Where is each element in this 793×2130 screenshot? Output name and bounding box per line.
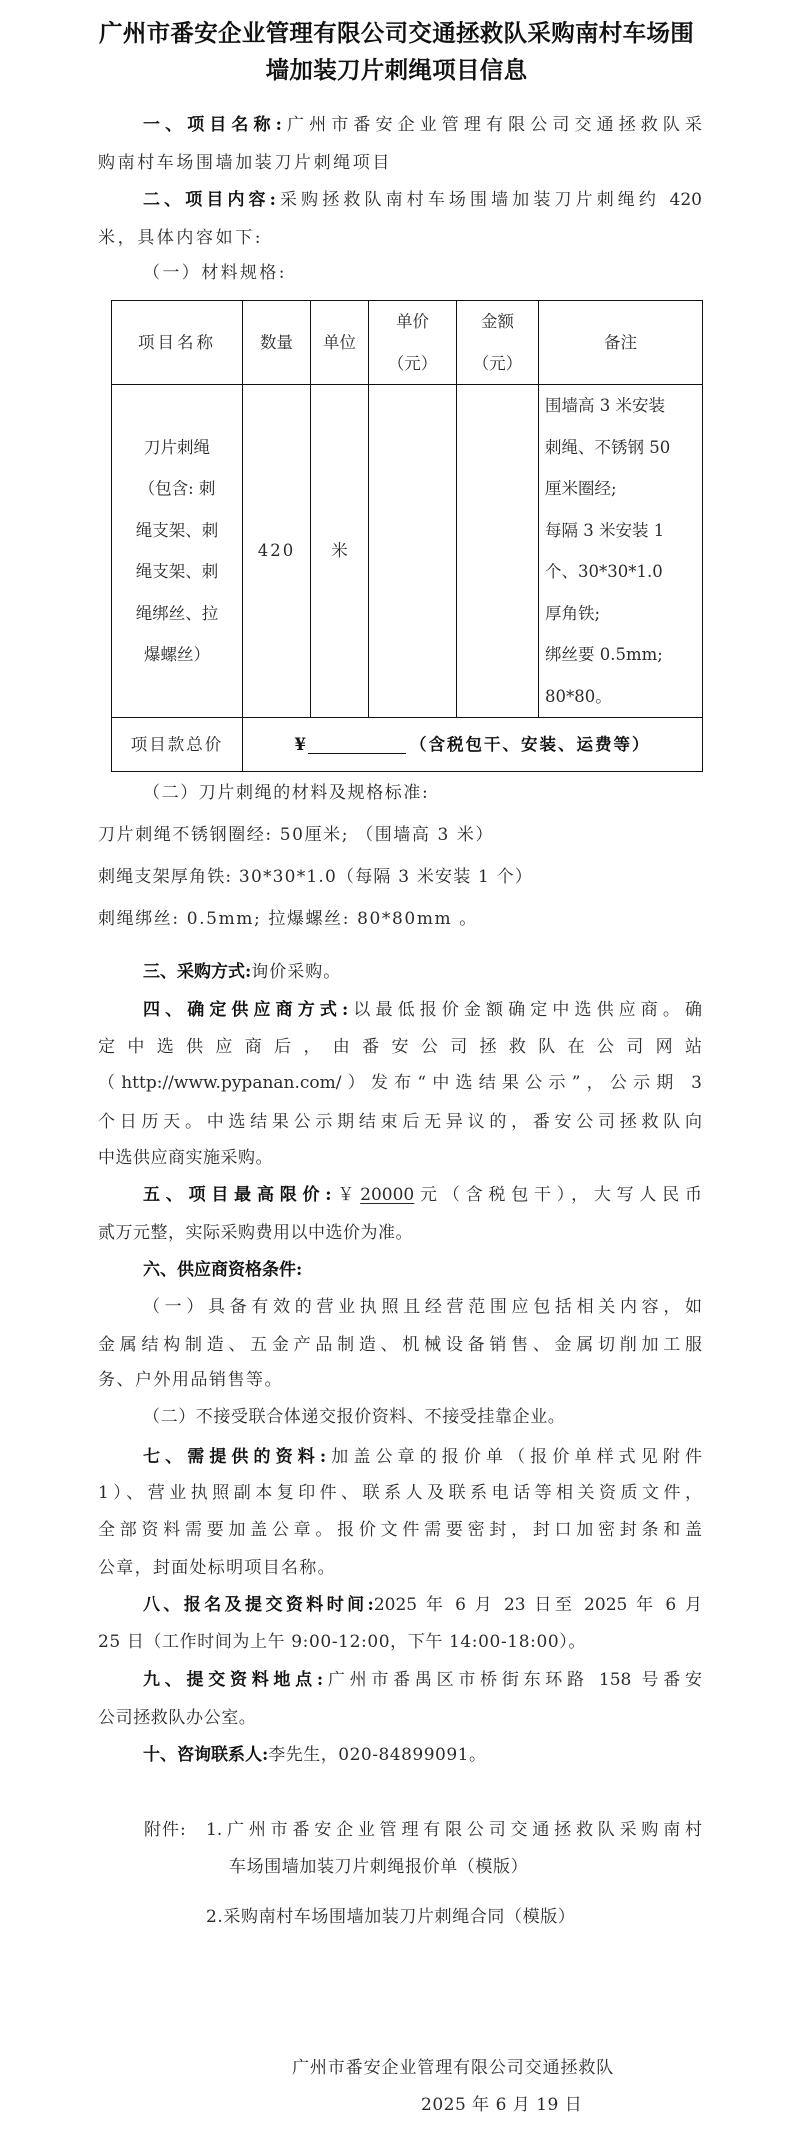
section-5-line: 贰万元整，实际采购费用以中选价为准。 [98, 1222, 413, 1244]
section-7-heading: 七、需提供的资料: [143, 1447, 326, 1467]
item-name-line: （包含: 刺 [116, 468, 238, 510]
max-price-currency: ￥ [332, 1185, 361, 1205]
attachment-2: 2.采购南村车场围墙加装刀片刺绳合同（模版） [206, 1906, 575, 1928]
signature-date: 2025 年 6 月 19 日 [421, 2094, 582, 2116]
header-unit-price-label: 单价 [369, 301, 456, 343]
section-5-text: 元（含税包干），大写人民币 [414, 1185, 702, 1205]
header-amount-label: 金额 [457, 301, 538, 343]
cell-item-name: 刀片刺绳 （包含: 刺 绳支架、刺 绳支架、刺 绳绑丝、拉 爆螺丝） [112, 385, 243, 718]
section-6-line: （一）具备有效的营业执照且经营范围应包括相关内容，如 [143, 1296, 702, 1318]
section-7: 七、需提供的资料:加盖公章的报价单（报价单样式见附件 [143, 1446, 702, 1468]
remark-line: 围墙高 3 米安装 [545, 385, 702, 427]
header-unit: 单位 [311, 301, 369, 385]
section-10: 十、咨询联系人:李先生，020-84899091。 [143, 1744, 487, 1766]
table-header-row: 项目名称 数量 单位 单价 （元） 金额 （元） 备注 [112, 301, 703, 385]
cell-unit-price [369, 385, 457, 718]
section-5-heading: 五、项目最高限价: [143, 1185, 332, 1205]
section-7-line: 1）、营业执照副本复印件、联系人及联系电话等相关资质文件， [98, 1482, 702, 1504]
item-name-line: 爆螺丝） [116, 634, 238, 676]
section-2-text: 采购拯救队南村车场围墙加装刀片刺绳约 420 [276, 190, 702, 210]
section-9-line: 公司拯救队办公室。 [98, 1707, 256, 1729]
section-1: 一、项目名称:广州市番安企业管理有限公司交通拯救队采 [143, 114, 702, 136]
cell-quantity: 420 [243, 385, 311, 718]
spec-line: 刀片刺绳不锈钢圈经: 50厘米; （围墙高 3 米） [98, 824, 494, 846]
remark-line: 个、30*30*1.0 [545, 551, 702, 593]
document-title-line-1: 广州市番安企业管理有限公司交通拯救队采购南村车场围 [0, 14, 793, 48]
cell-remark: 围墙高 3 米安装 刺绳、不锈钢 50 厘米圈经; 每隔 3 米安装 1 个、3… [539, 385, 703, 718]
remark-line: 每隔 3 米安装 1 [545, 510, 702, 552]
section-5: 五、项目最高限价:￥20000元（含税包干），大写人民币 [143, 1184, 702, 1206]
header-amount: 金额 （元） [457, 301, 539, 385]
section-1-text-cont: 购南村车场围墙加装刀片刺绳项目 [98, 152, 392, 174]
section-8: 八、报名及提交资料时间:2025 年 6 月 23 日至 2025 年 6 月 [143, 1594, 702, 1616]
section-10-heading: 十、咨询联系人: [143, 1745, 268, 1765]
section-2-heading: 二、项目内容: [143, 190, 276, 210]
section-6-line: （二）不接受联合体递交报价资料、不接受挂靠企业。 [143, 1406, 565, 1428]
item-name-line: 绳绑丝、拉 [116, 593, 238, 635]
spec-standard-subheading: （二）刀片刺绳的材料及规格标准: [143, 782, 429, 804]
total-amount-blank [308, 733, 406, 754]
attachments-label: 附件: [144, 1819, 187, 1841]
header-remark: 备注 [539, 301, 703, 385]
section-4-heading: 四、确定供应商方式: [143, 1000, 348, 1020]
section-3-heading: 三、采购方式: [143, 962, 251, 982]
document-title-line-2: 墙加装刀片刺绳项目信息 [0, 51, 793, 85]
remark-line: 厚角铁; [545, 593, 702, 635]
item-name-line: 绳支架、刺 [116, 551, 238, 593]
header-quantity: 数量 [243, 301, 311, 385]
item-name-line: 刀片刺绳 [116, 427, 238, 469]
section-7-line: 公章，封面处标明项目名称。 [98, 1557, 336, 1579]
section-2-text-cont: 米，具体内容如下: [98, 227, 263, 249]
spec-line: 刺绳支架厚角铁: 30*30*1.0（每隔 3 米安装 1 个） [98, 866, 533, 888]
section-9: 九、提交资料地点:广州市番禺区市桥街东环路 158 号番安 [143, 1669, 702, 1691]
section-9-text: 广州市番禺区市桥街东环路 158 号番安 [323, 1670, 702, 1690]
section-4-line: 中选供应商实施采购。 [98, 1147, 273, 1169]
total-note: （含税包干、安装、运费等） [410, 735, 651, 754]
attachment-1-cont: 车场围墙加装刀片刺绳报价单（模版） [229, 1856, 528, 1878]
remark-line: 刺绳、不锈钢 50 [545, 427, 702, 469]
section-4-text: 以最低报价金额确定中选供应商。确 [348, 1000, 702, 1020]
section-7-text: 加盖公章的报价单（报价单样式见附件 [326, 1447, 702, 1467]
header-unit-price: 单价 （元） [369, 301, 457, 385]
header-unit-price-currency: （元） [369, 343, 456, 385]
remark-line: 厘米圈经; [545, 468, 702, 510]
section-1-text: 广州市番安企业管理有限公司交通拯救队采 [282, 115, 702, 135]
section-3: 三、采购方式:询价采购。 [143, 961, 341, 983]
section-4-line: 定中选供应商后，由番安公司拯救队在公司网站 [98, 1036, 702, 1058]
max-price-amount: 20000 [360, 1185, 414, 1205]
header-item-name: 项目名称 [112, 301, 243, 385]
section-6-line: 务、户外用品销售等。 [98, 1369, 283, 1391]
material-spec-subheading: （一）材料规格: [143, 262, 287, 284]
total-label: 项目款总价 [112, 718, 243, 772]
remark-line: 80*80。 [545, 676, 702, 718]
section-6-line: 金属结构制造、五金产品制造、机械设备销售、金属切削加工服 [98, 1334, 702, 1356]
section-6-heading: 六、供应商资格条件: [143, 1259, 302, 1281]
total-currency: ¥ [295, 735, 306, 754]
signature-org: 广州市番安企业管理有限公司交通拯救队 [292, 2057, 614, 2079]
section-9-heading: 九、提交资料地点: [143, 1670, 323, 1690]
table-total-row: 项目款总价 ¥（含税包干、安装、运费等） [112, 718, 703, 772]
section-8-heading: 八、报名及提交资料时间: [143, 1595, 374, 1615]
section-2: 二、项目内容:采购拯救队南村车场围墙加装刀片刺绳约 420 [143, 189, 702, 211]
section-8-text: 2025 年 6 月 23 日至 2025 年 6 月 [374, 1595, 702, 1615]
remark-line: 绑丝要 0.5mm; [545, 634, 702, 676]
material-spec-table: 项目名称 数量 单位 单价 （元） 金额 （元） 备注 刀片刺绳 （包含: 刺 … [111, 300, 703, 772]
section-4-line: （http://www.pypanan.com/）发布“中选结果公示”，公示期 … [98, 1072, 702, 1094]
section-4: 四、确定供应商方式:以最低报价金额确定中选供应商。确 [143, 999, 702, 1021]
section-8-line: 25 日（工作时间为上午 9:00-12:00，下午 14:00-18:00）。 [98, 1631, 586, 1653]
header-amount-currency: （元） [457, 343, 538, 385]
section-3-text: 询价采购。 [251, 962, 341, 982]
item-name-line: 绳支架、刺 [116, 510, 238, 552]
table-row: 刀片刺绳 （包含: 刺 绳支架、刺 绳支架、刺 绳绑丝、拉 爆螺丝） 420 米… [112, 385, 703, 718]
attachment-1: 1.广州市番安企业管理有限公司交通拯救队采购南村 [206, 1819, 702, 1841]
contact-person: 李先生，020-84899091。 [268, 1745, 486, 1765]
section-4-line: 个日历天。中选结果公示期结束后无异议的，番安公司拯救队向 [98, 1111, 702, 1133]
total-value: ¥（含税包干、安装、运费等） [243, 718, 703, 772]
cell-amount [457, 385, 539, 718]
spec-line: 刺绳绑丝: 0.5mm; 拉爆螺丝: 80*80mm 。 [98, 908, 478, 930]
cell-unit: 米 [311, 385, 369, 718]
section-7-line: 全部资料需要加盖公章。报价文件需要密封，封口加密封条和盖 [98, 1519, 702, 1541]
section-1-heading: 一、项目名称: [143, 115, 282, 135]
